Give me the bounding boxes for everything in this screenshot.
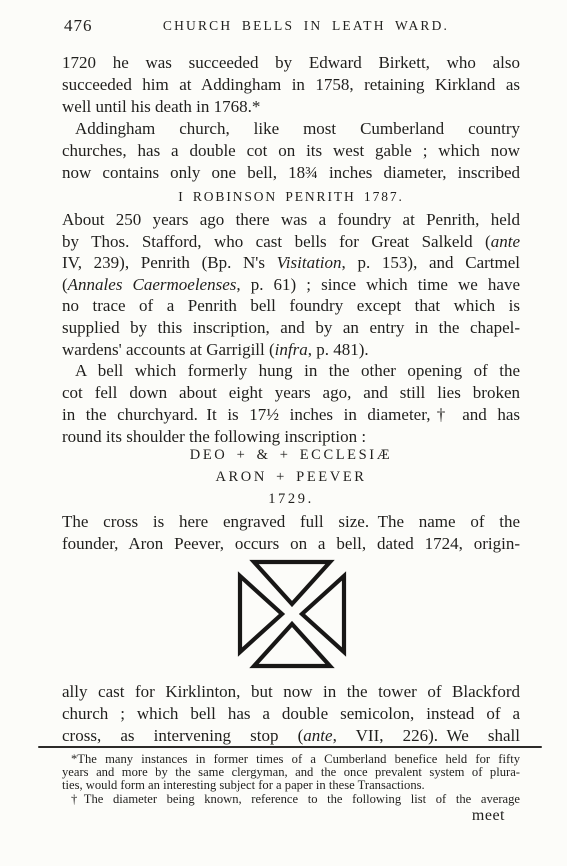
book-page: 476 CHURCH BELLS IN LEATH WARD. 1720 he … <box>0 0 567 866</box>
text-line: well until his death in 1768.* <box>62 96 520 118</box>
text-line: Addingham church, like most Cumberland c… <box>62 118 520 140</box>
text-line: About 250 years ago there was a foundry … <box>62 209 520 231</box>
paragraph-2: Addingham church, like most Cumberland c… <box>62 118 520 184</box>
text-line: in the churchyard. It is 17½ inches in d… <box>62 404 520 426</box>
text-line: cot fell down about eight years ago, and… <box>62 382 520 404</box>
text-line: wardens' accounts at Garrigill (infra, p… <box>62 339 520 361</box>
text-line: churches, has a double cot on its west g… <box>62 140 520 162</box>
text-line: ally cast for Kirklinton, but now in the… <box>62 681 520 703</box>
text-line: founder, Aron Peever, occurs on a bell, … <box>62 533 520 555</box>
footnote-2: †The diameter being known, reference to … <box>62 793 520 806</box>
inscription-line: ARON + PEEVER <box>62 466 520 488</box>
text-line: succeeded him at Addingham in 1758, reta… <box>62 74 520 96</box>
paragraph-5-continued: ally cast for Kirklinton, but now in the… <box>62 681 520 747</box>
page-header: 476 CHURCH BELLS IN LEATH WARD. <box>62 16 520 36</box>
text-line: The cross is here engraved full size. Th… <box>62 511 520 533</box>
text-line: church ; which bell has a double semicol… <box>62 703 520 725</box>
text-line: now contains only one bell, 18¾ inches d… <box>62 162 520 184</box>
running-header: CHURCH BELLS IN LEATH WARD. <box>92 16 520 34</box>
paragraph-1: 1720 he was succeeded by Edward Birkett,… <box>62 52 520 118</box>
page-number: 476 <box>64 16 93 36</box>
inscription-line: DEO + & + ECCLESIÆ <box>62 444 520 466</box>
text-line: no trace of a Penrith bell foundry excep… <box>62 295 520 317</box>
text-line: 1720 he was succeeded by Edward Birkett,… <box>62 52 520 74</box>
footnote-line: †The diameter being known, reference to … <box>62 793 520 806</box>
footnote-divider <box>38 746 542 748</box>
inscription-robinson: I ROBINSON PENRITH 1787. <box>62 186 520 208</box>
text-line: A bell which formerly hung in the other … <box>62 360 520 382</box>
paragraph-3: About 250 years ago there was a foundry … <box>62 209 520 360</box>
cross-engraving-figure <box>236 558 348 670</box>
text-line: by Thos. Stafford, who cast bells for Gr… <box>62 231 520 253</box>
maltese-cross-icon <box>236 558 348 670</box>
paragraph-5: The cross is here engraved full size. Th… <box>62 511 520 555</box>
text-line: (Annales Caermoelenses, p. 61) ; since w… <box>62 274 520 296</box>
inscription-peever: DEO + & + ECCLESIÆ ARON + PEEVER 1729. <box>62 444 520 510</box>
text-line: IV, 239), Penrith (Bp. N's Visitation, p… <box>62 252 520 274</box>
paragraph-4: A bell which formerly hung in the other … <box>62 360 520 448</box>
footnote-1: *The many instances in former times of a… <box>62 753 520 792</box>
inscription-line: 1729. <box>62 488 520 510</box>
text-line: cross, as intervening stop (ante, VII, 2… <box>62 725 520 747</box>
text-line: supplied by this inscription, and by an … <box>62 317 520 339</box>
footnote-line: ties, would form an interesting subject … <box>62 779 520 792</box>
catchword: meet <box>472 807 505 825</box>
